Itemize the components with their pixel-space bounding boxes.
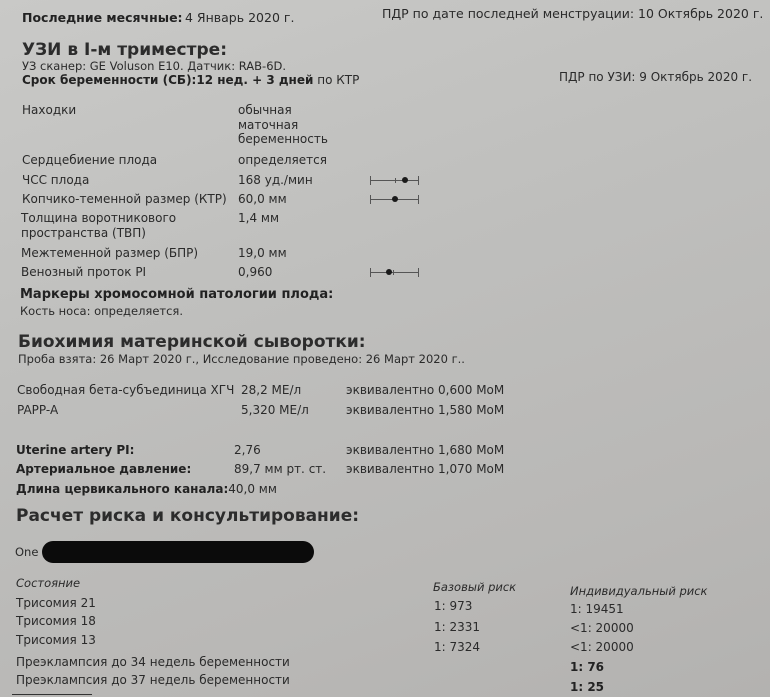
edd-ultrasound: ПДР по УЗИ: 9 Октябрь 2020 г. [559,70,752,84]
gestational-age-suffix: по КТР [317,73,359,87]
cervical-length: Длина цервикального канала:40,0 мм [16,482,277,496]
pappa-value: 5,320 МЕ/л [241,403,309,417]
sample-info: Проба взята: 26 Март 2020 г., Исследован… [18,352,465,366]
uterine-pi-value: 2,76 [234,443,261,457]
measurement-dot [392,196,398,202]
finding-label: Венозный проток PI [21,265,146,280]
cervical-length-label: Длина цервикального канала: [16,482,228,496]
risk-individual-value: 1: 19451 [570,602,624,616]
finding-label: Сердцебиение плода [22,153,157,168]
cervical-length-value: 40,0 мм [228,482,277,496]
header-base-risk: Базовый риск [433,580,516,594]
hcg-mom: эквивалентно 0,600 МоМ [346,383,504,397]
risk-condition: Преэклампсия до 37 недель беременности [16,673,290,687]
finding-value: 60,0 мм [238,192,287,207]
uterine-pi-label: Uterine artery PI: [16,443,134,457]
gestational-age-value: Срок беременности (СБ):12 нед. + 3 дней [22,73,313,87]
risk-individual-value: 1: 25 [570,680,604,694]
biochemistry-title: Биохимия материнской сыворотки: [18,332,366,352]
header-condition: Состояние [16,576,80,590]
pappa-label: PAPP-A [17,403,58,417]
finding-value: определяется [238,153,327,168]
risk-condition: Трисомия 13 [16,633,96,647]
risk-base-value: 1: 7324 [434,640,480,654]
measurement-dot [402,177,408,183]
header-individual-risk: Индивидуальный риск [570,584,708,598]
finding-label: Толщина воротниковогопространства (ТВП) [21,211,176,240]
scanner-info: УЗ сканер: GE Voluson E10. Датчик: RAB-6… [22,59,286,73]
finding-value: 168 уд./мин [238,173,313,188]
redacted-operator-name [42,541,314,563]
reference-range-indicator [370,176,419,184]
reference-range-indicator [370,268,419,276]
risk-base-value: 1: 2331 [434,620,480,634]
edd-lmp-label: ПДР по дате последней менструации: [382,6,634,21]
finding-value: обычнаяматочнаябеременность [238,103,328,147]
nasal-bone: Кость носа: определяется. [20,304,183,318]
gestational-age: Срок беременности (СБ):12 нед. + 3 дней … [22,73,359,87]
risk-condition: Преэклампсия до 34 недель беременности [16,655,290,669]
lmp-value: 4 Январь 2020 г. [185,10,294,25]
finding-value: 19,0 мм [238,246,287,261]
reference-range-indicator [370,195,419,203]
risk-condition: Трисомия 21 [16,596,96,610]
risk-title: Расчет риска и консультирование: [16,506,359,526]
blood-pressure-value: 89,7 мм рт. ст. [234,462,326,476]
finding-label: Межтеменной размер (БПР) [21,246,198,261]
risk-individual-value: <1: 20000 [570,621,634,635]
edd-lmp-value: 10 Октябрь 2020 г. [638,6,763,21]
blood-pressure-mom: эквивалентно 1,070 МоМ [346,462,504,476]
hcg-value: 28,2 МЕ/л [241,383,301,397]
hcg-label: Свободная бета-субъединица ХГЧ [17,383,234,397]
markers-title: Маркеры хромосомной патологии плода: [20,287,333,302]
ultrasound-title: УЗИ в I-м триместре: [22,40,227,60]
risk-individual-value: 1: 76 [570,660,604,674]
risk-individual-value: <1: 20000 [570,640,634,654]
risk-base-value: 1: 973 [434,599,472,613]
finding-label: Находки [22,103,76,118]
risk-condition: Трисомия 18 [16,614,96,628]
finding-label: Копчико-теменной размер (КТР) [22,192,227,207]
finding-label: ЧСС плода [22,173,89,188]
finding-value: 0,960 [238,265,272,280]
lmp-label: Последние месячные: [22,10,183,25]
operator-prefix: One [15,545,38,559]
measurement-dot [386,269,392,275]
blood-pressure-label: Артериальное давление: [16,462,191,476]
divider [12,694,92,695]
uterine-pi-mom: эквивалентно 1,680 МоМ [346,443,504,457]
finding-value: 1,4 мм [238,211,279,226]
pappa-mom: эквивалентно 1,580 МоМ [346,403,504,417]
